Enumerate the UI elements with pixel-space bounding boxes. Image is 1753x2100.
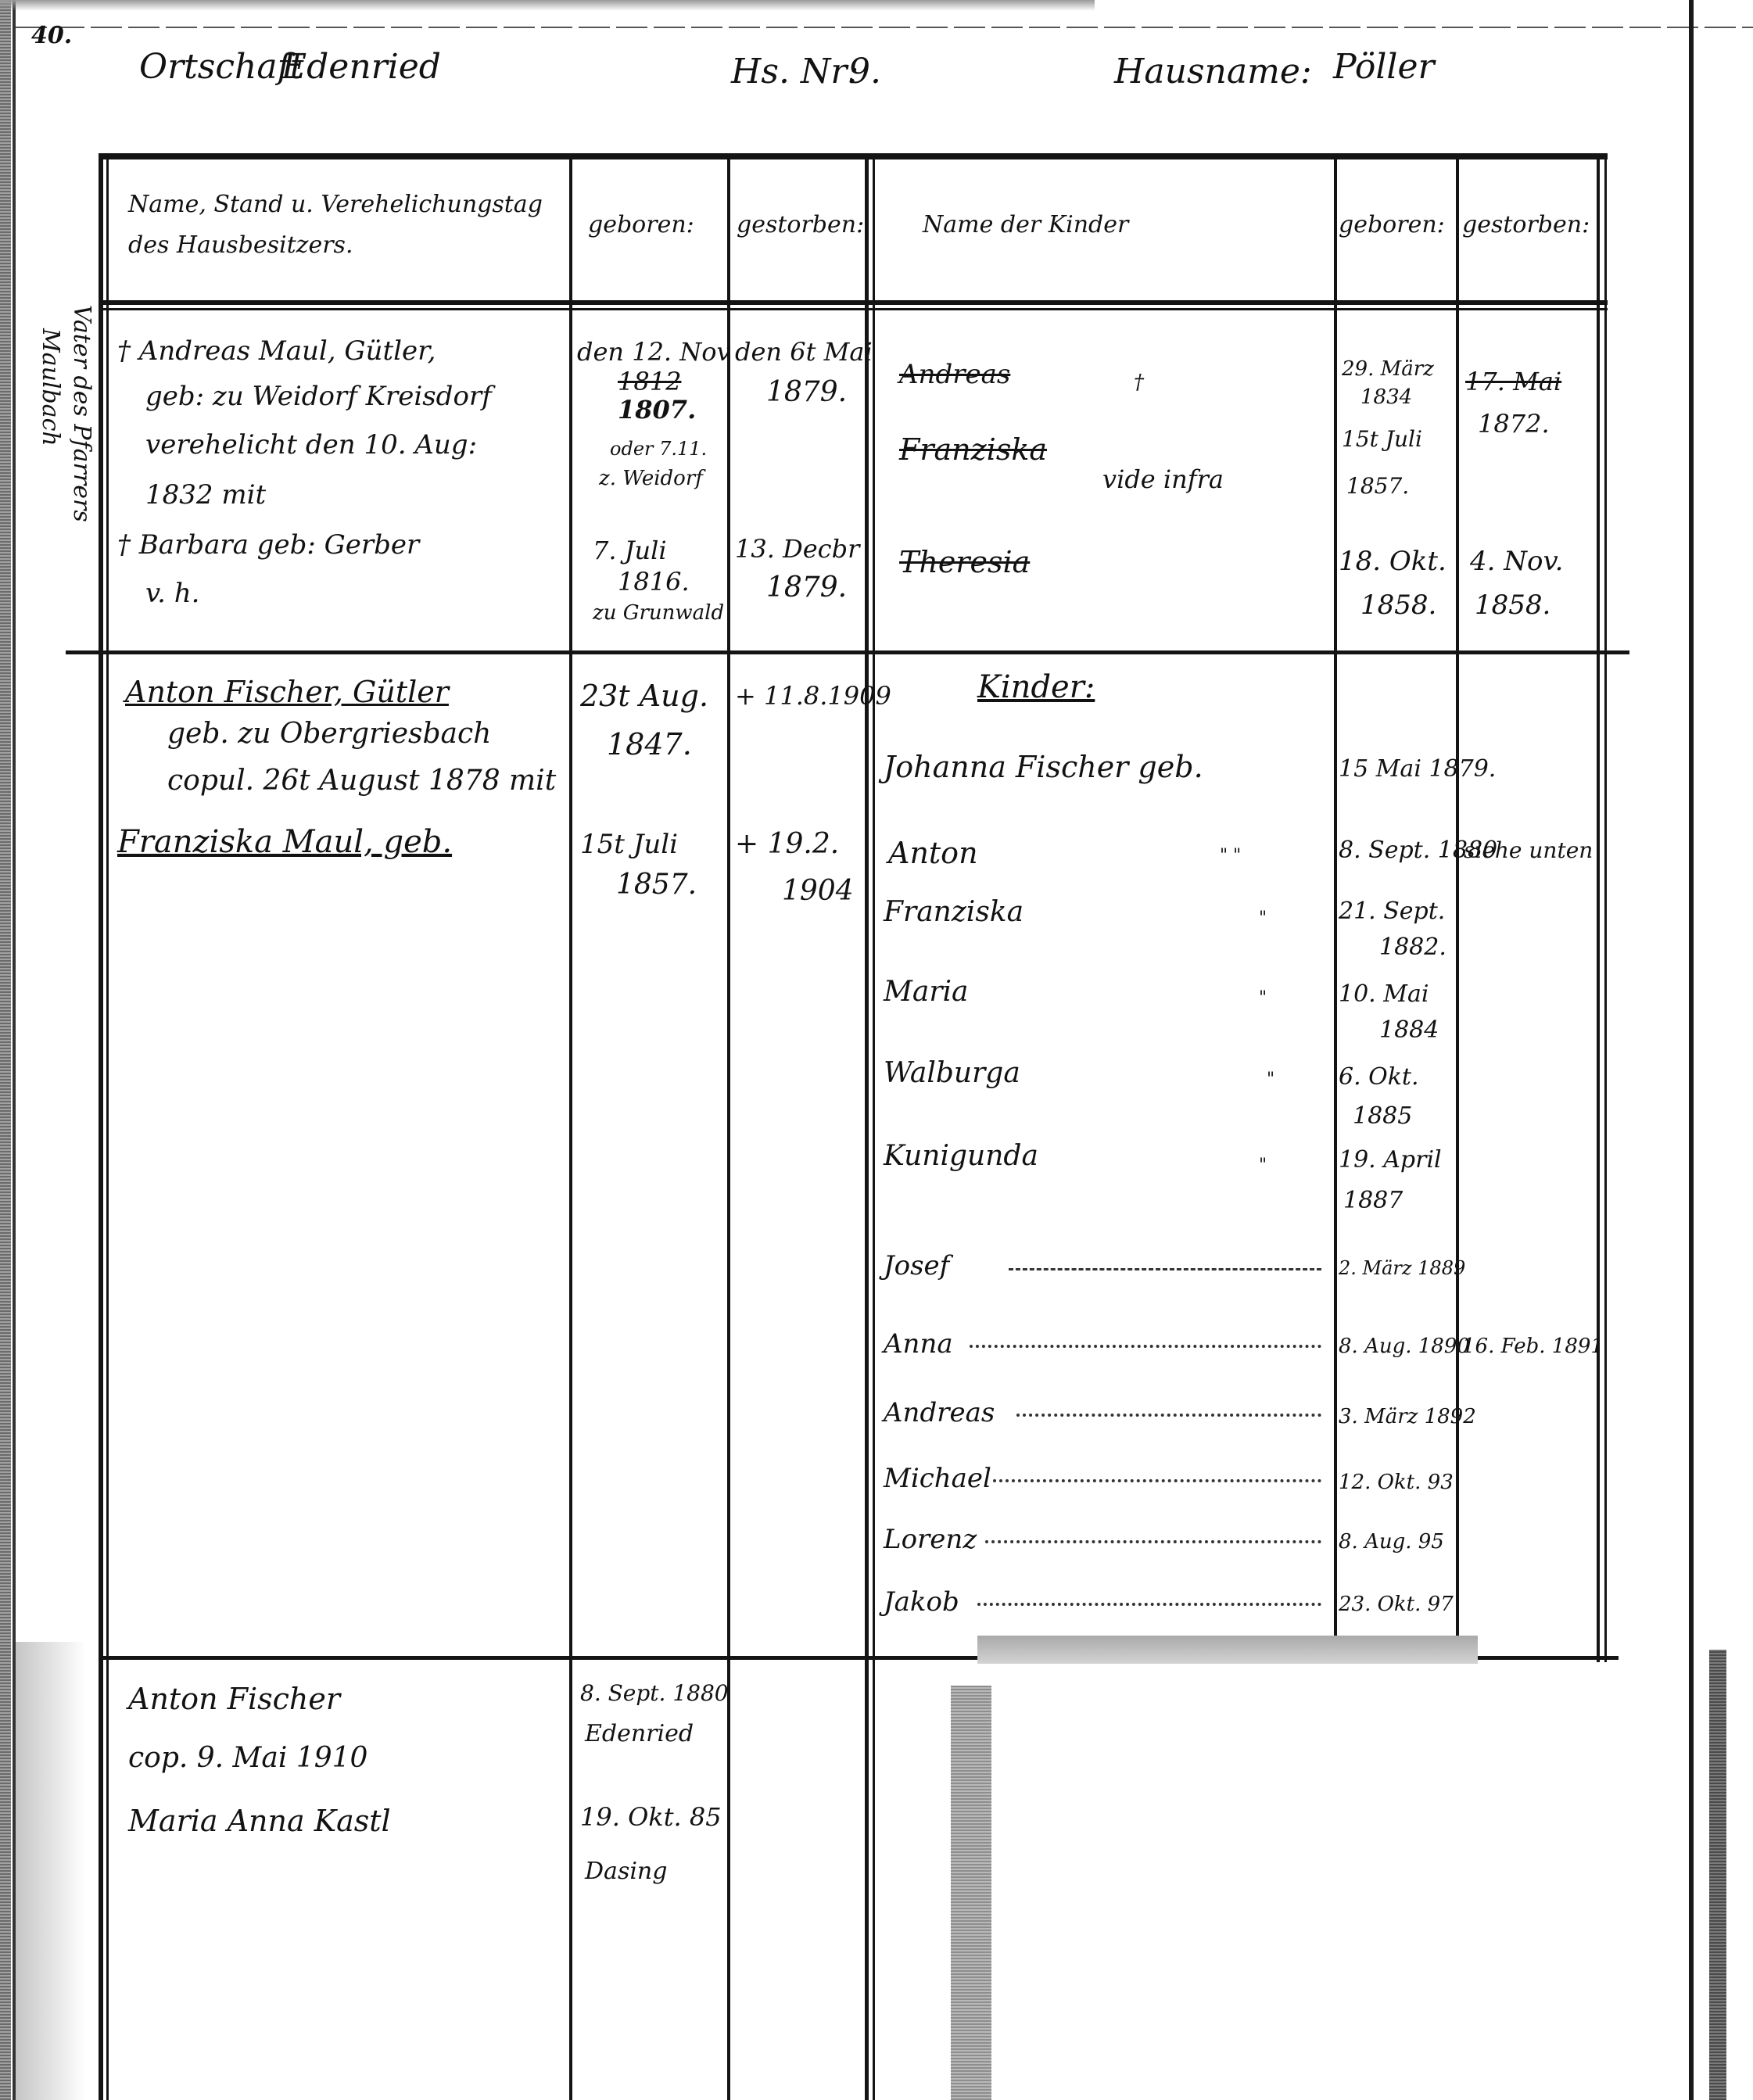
house-name-label: Hausname: xyxy=(1114,52,1312,91)
s1-child-3-name: Theresia xyxy=(899,539,1030,585)
col-header-children: Name der Kinder xyxy=(923,205,1128,245)
header-divider xyxy=(99,300,1608,305)
dot-leader xyxy=(1009,1268,1321,1270)
s1-child-2-note: vide infra xyxy=(1102,457,1224,502)
s2-owner-died-1: + 11.8.1909 xyxy=(735,679,891,713)
s1-child-1-born-2: 1834 xyxy=(1360,380,1412,414)
s1-child-3-died-2: 1858. xyxy=(1475,588,1550,622)
s2-child-3-born-2: 1882. xyxy=(1379,930,1446,965)
s2-wife-died-1: + 19.2. xyxy=(735,827,839,862)
right-page-border xyxy=(1689,0,1694,2100)
s1-wife-born-3: zu Grunwald xyxy=(593,596,724,630)
dot-leader xyxy=(985,1540,1321,1543)
s2-child-4-born-1: 10. Mai xyxy=(1339,977,1429,1012)
col-header-owner-died: gestorben: xyxy=(737,205,854,245)
table-right-border-2 xyxy=(1604,153,1607,1662)
scan-shadow-strip xyxy=(951,1686,991,2100)
col-header-child-born: geboren: xyxy=(1339,205,1445,245)
table-top-border xyxy=(99,153,1608,159)
s1-child-1-died-2: 1872. xyxy=(1478,407,1550,441)
s2-wife-born-1: 15t Juli xyxy=(580,827,678,862)
s2-child-8-died: 16. Feb. 1891 xyxy=(1462,1329,1604,1364)
col-divider-child-born xyxy=(1334,153,1337,1662)
s2-child-11-name: Lorenz xyxy=(884,1517,977,1562)
s2-child-4-born-2: 1884 xyxy=(1379,1013,1439,1048)
s1-child-2-name: Franziska xyxy=(899,427,1047,472)
s2-owner-line-4: Franziska Maul, geb. xyxy=(117,819,452,865)
col-divider-center xyxy=(865,153,869,2100)
s1-child-1-name: Andreas xyxy=(899,352,1010,397)
right-scan-shadow xyxy=(1709,1650,1726,2100)
s1-owner-born-3: 1807. xyxy=(618,392,696,427)
s1-owner-died-2: 1879. xyxy=(766,375,847,410)
s2-child-2-name: Anton xyxy=(888,830,978,876)
s1-child-1-died-1: 17. Mai xyxy=(1465,364,1561,399)
s2-child-7-born: 2. März 1889 xyxy=(1339,1251,1465,1285)
house-number-label: Hs. Nr: xyxy=(731,52,859,91)
s1-child-3-born-2: 1858. xyxy=(1360,588,1436,622)
s2-child-8-born: 8. Aug. 1890 xyxy=(1339,1329,1470,1364)
s2-child-10-name: Michael xyxy=(884,1456,991,1501)
s2-child-5-ditto: " xyxy=(1267,1057,1274,1102)
cross-icon: † xyxy=(1134,360,1144,405)
s1-owner-line-4: 1832 mit xyxy=(145,472,266,518)
house-name-value: Pöller xyxy=(1333,47,1435,87)
s2-owner-born-1: 23t Aug. xyxy=(580,679,708,713)
s2-owner-line-2: geb. zu Obergriesbach xyxy=(167,711,491,757)
s1-owner-born-5: z. Weidorf xyxy=(599,461,703,496)
s1-wife-died-1: 13. Decbr xyxy=(735,532,859,566)
s2-child-2-died: siehe unten xyxy=(1464,833,1593,868)
s1-owner-line-2: geb: zu Weidorf Kreisdorf xyxy=(145,374,492,419)
s2-child-6-ditto: " xyxy=(1259,1143,1267,1188)
scan-shadow-band xyxy=(977,1636,1478,1664)
col-header-owner: Name, Stand u. Verehelichungstag des Hau… xyxy=(128,185,566,266)
s3-owner-line-1: Anton Fischer xyxy=(128,1676,340,1722)
s2-child-1-born: 15 Mai 1879. xyxy=(1339,752,1496,787)
s1-owner-line-1: † Andreas Maul, Gütler, xyxy=(117,328,436,374)
s2-child-2-ditto: " " xyxy=(1220,833,1241,879)
s1-wife-died-2: 1879. xyxy=(766,571,847,605)
s3-owner-born-2: Edenried xyxy=(585,1717,694,1751)
s2-child-5-born-2: 1885 xyxy=(1353,1099,1412,1134)
s2-child-4-ditto: " xyxy=(1259,976,1267,1021)
col-header-child-died: gestorben: xyxy=(1462,205,1587,245)
side-note: Vater des Pfarrers Maulbach xyxy=(23,305,70,633)
s2-child-6-born-1: 19. April xyxy=(1339,1143,1442,1177)
col-divider-center-2 xyxy=(873,153,875,2100)
table-left-border-inner xyxy=(106,153,109,2100)
s1-child-2-born-2: 1857. xyxy=(1346,469,1409,503)
s2-owner-line-3: copul. 26t August 1878 mit xyxy=(167,758,556,804)
s1-child-3-born-1: 18. Okt. xyxy=(1339,544,1446,579)
s2-owner-line-1: Anton Fischer, Gütler xyxy=(125,669,449,715)
side-note-line-2: Maulbach xyxy=(37,328,64,446)
redacted-area xyxy=(991,1665,1680,2100)
s3-owner-line-3: Maria Anna Kastl xyxy=(128,1798,391,1844)
s3-owner-born-1: 8. Sept. 1880 xyxy=(580,1676,729,1711)
s2-child-10-born: 12. Okt. 93 xyxy=(1339,1465,1454,1500)
s2-children-heading: Kinder: xyxy=(977,665,1095,710)
s2-child-12-born: 23. Okt. 97 xyxy=(1339,1587,1454,1622)
locality-label: Ortschaft xyxy=(139,47,304,87)
col-divider-born xyxy=(727,153,730,2100)
s2-child-1-name: Johanna Fischer geb. xyxy=(884,744,1203,790)
s2-child-9-name: Andreas xyxy=(884,1390,995,1435)
dot-leader xyxy=(993,1479,1321,1482)
s2-child-3-born-1: 21. Sept. xyxy=(1339,894,1445,929)
table-left-border xyxy=(99,153,103,2100)
s2-child-11-born: 8. Aug. 95 xyxy=(1339,1525,1444,1559)
dot-leader xyxy=(977,1603,1321,1606)
s1-wife-born-1: 7. Juli xyxy=(593,533,667,568)
dot-leader xyxy=(970,1345,1321,1348)
col-divider-owner xyxy=(569,153,572,2100)
house-number-value: 9. xyxy=(848,52,881,91)
s2-child-6-name: Kunigunda xyxy=(884,1134,1038,1179)
page-number: 40. xyxy=(31,22,72,49)
s2-child-9-born: 3. März 1892 xyxy=(1339,1399,1476,1434)
s3-wife-born-2: Dasing xyxy=(585,1855,667,1889)
s1-wife-born-2: 1816. xyxy=(618,564,690,599)
s2-wife-born-2: 1857. xyxy=(616,868,697,902)
s1-owner-line-5: † Barbara geb: Gerber xyxy=(117,522,419,568)
s2-child-3-ditto: " xyxy=(1259,896,1267,941)
s1-owner-line-3: verehelicht den 10. Aug: xyxy=(145,422,477,468)
s1-owner-line-6: v. h. xyxy=(145,571,200,616)
s2-child-4-name: Maria xyxy=(884,969,969,1015)
s3-wife-born-1: 19. Okt. 85 xyxy=(580,1800,722,1834)
section-divider-1 xyxy=(66,650,1629,654)
s3-owner-line-2: cop. 9. Mai 1910 xyxy=(128,1736,367,1781)
s2-child-5-name: Walburga xyxy=(884,1051,1020,1096)
s2-child-5-born-1: 6. Okt. xyxy=(1339,1060,1419,1095)
s2-owner-born-2: 1847. xyxy=(607,727,692,762)
top-rule xyxy=(16,27,1753,28)
col-header-owner-born: geboren: xyxy=(588,205,694,245)
s1-owner-died-1: den 6t Mai xyxy=(735,335,873,369)
side-note-line-1: Vater des Pfarrers xyxy=(68,305,95,522)
dot-leader xyxy=(1016,1414,1321,1417)
s2-child-3-name: Franziska xyxy=(884,890,1023,935)
margin-shadow xyxy=(16,1642,86,2100)
top-scan-shadow xyxy=(0,0,1095,11)
s1-child-3-died-1: 4. Nov. xyxy=(1470,544,1563,579)
s2-child-12-name: Jakob xyxy=(884,1579,959,1625)
s1-child-2-born-1: 15t Juli xyxy=(1342,422,1422,457)
s2-child-8-name: Anna xyxy=(884,1321,953,1367)
s2-child-6-born-2: 1887 xyxy=(1343,1184,1403,1218)
table-right-border xyxy=(1597,153,1600,1662)
s2-wife-died-2: 1904 xyxy=(782,874,854,908)
page-edge-shadow xyxy=(0,0,11,2100)
col-divider-child-died xyxy=(1456,153,1459,1662)
header-divider-2 xyxy=(99,308,1608,310)
s2-child-7-name: Josef xyxy=(884,1243,949,1288)
locality-value: Edenried xyxy=(281,47,441,87)
